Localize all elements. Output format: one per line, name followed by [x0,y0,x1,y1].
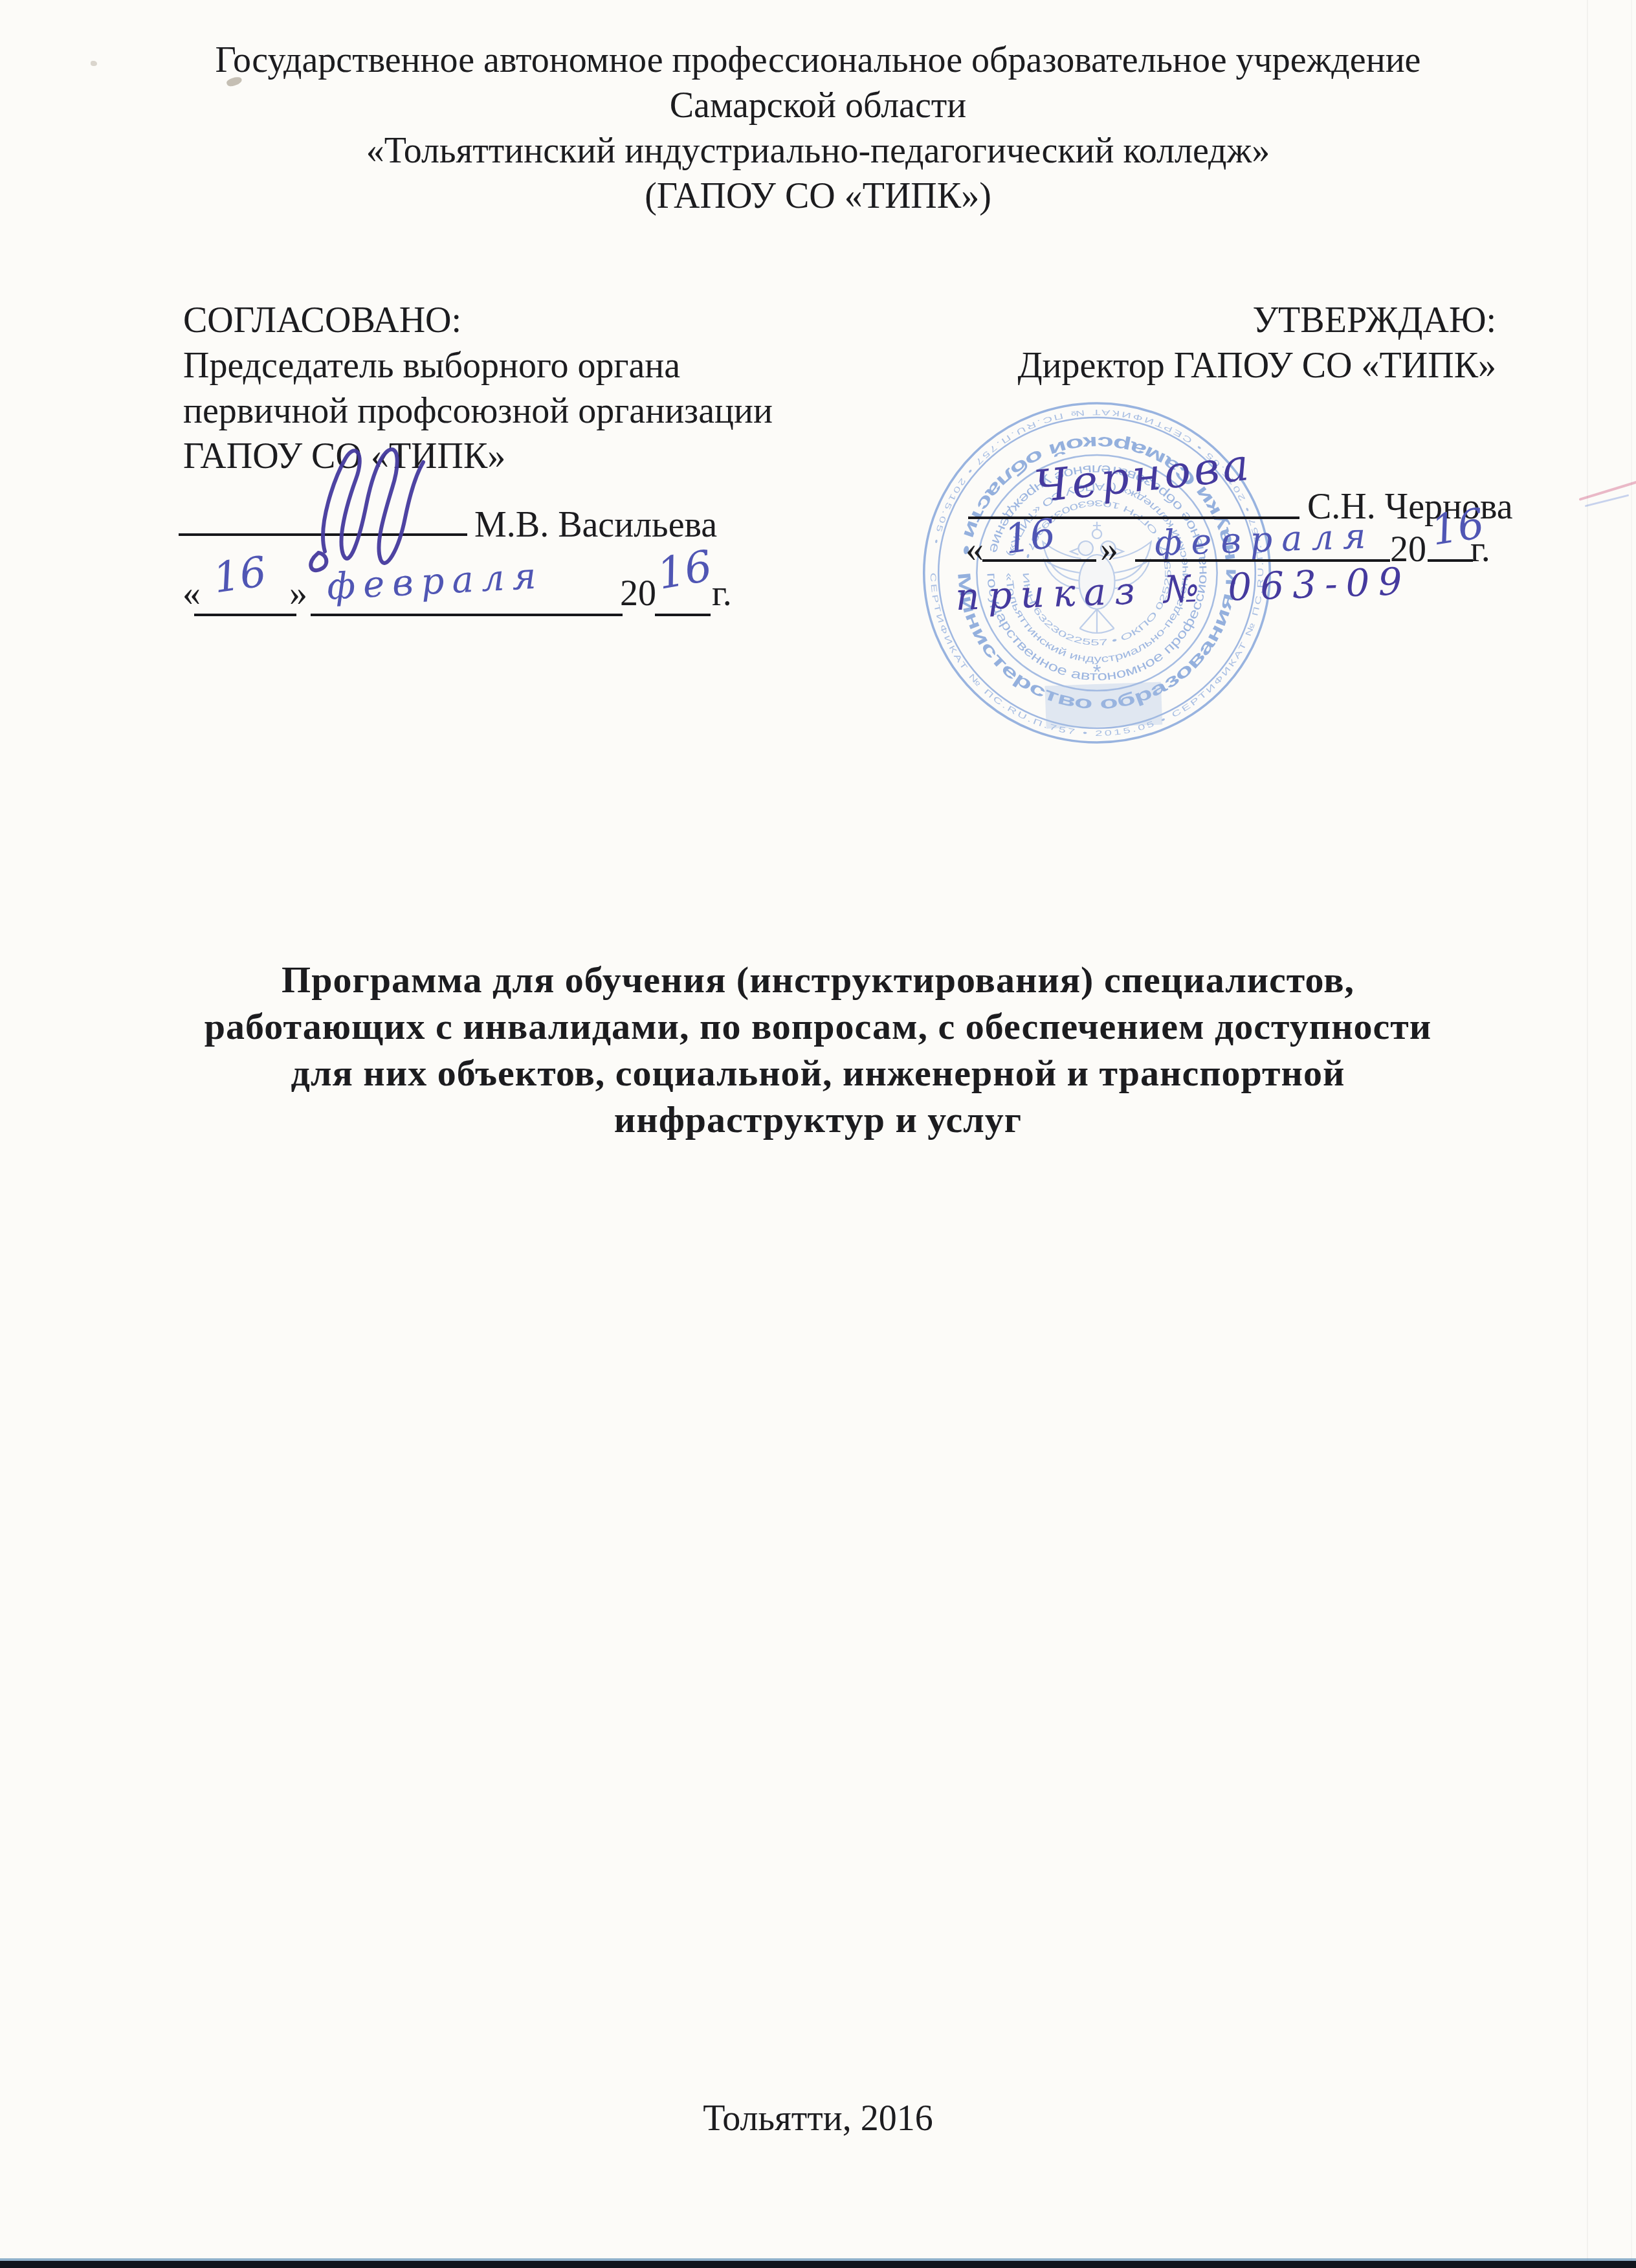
agreed-month-underline [311,614,623,616]
document-title-line1: Программа для обучения (инструктирования… [0,957,1636,1003]
document-title-line2: работающих с инвалидами, по вопросам, с … [0,1003,1636,1050]
agreed-date-close-quote: » [289,571,307,616]
document-title: Программа для обучения (инструктирования… [0,957,1636,1143]
agreed-date-open-quote: « [182,571,201,616]
agreed-year-suffix: г. [712,571,732,616]
vasilieva-signature-mark [278,421,447,583]
agreed-year-handwritten: 16 [654,540,716,599]
scanner-edge-line [1631,0,1632,2268]
agreed-role-line1: Председатель выборного органа [183,343,680,388]
agreed-day-underline [194,614,296,616]
approved-role-line1: Директор ГАПОУ СО «ТИПК» [906,343,1496,388]
stamp-light-patch [1045,682,1162,729]
approved-date-day-handwritten: 16 [1001,509,1058,563]
org-header-line2: Самарской области [0,83,1636,128]
stamp-center-mark: * [1093,660,1101,684]
document-title-line3: для них объектов, социальной, инженерной… [0,1050,1636,1096]
agreed-date-day-handwritten: 16 [210,548,269,603]
agreed-year-underline [655,614,711,616]
approved-year-suffix: г. [1470,527,1490,572]
approved-day-underline [982,559,1096,562]
org-header: Государственное автономное профессиональ… [0,38,1636,219]
approved-heading: УТВЕРЖДАЮ: [906,298,1496,343]
org-header-line4: (ГАПОУ СО «ТИПК») [0,173,1636,219]
document-title-line4: инфраструктур и услуг [0,1096,1636,1143]
agreed-year-print: 20 [620,571,656,616]
footer-city-year: Тольятти, 2016 [0,2096,1636,2141]
org-header-line1: Государственное автономное профессиональ… [0,38,1636,83]
scan-speck [91,61,97,66]
scan-bottom-edge [0,2261,1636,2268]
approved-date-month-handwritten: февраля [1154,515,1376,564]
agreed-role-line2: первичной профсоюзной организации [183,388,773,434]
agreed-signer-name: М.В. Васильева [474,502,717,548]
scanned-document-page: Государственное автономное профессиональ… [0,0,1636,2268]
approved-year-underline [1428,559,1473,562]
agreed-heading: СОГЛАСОВАНО: [183,298,461,343]
approved-date-open-quote: « [966,527,984,572]
org-header-line3: «Тольяттинский индустриально-педагогичес… [0,128,1636,173]
scanner-edge-line [1587,0,1588,2268]
approved-date-close-quote: » [1100,527,1118,572]
